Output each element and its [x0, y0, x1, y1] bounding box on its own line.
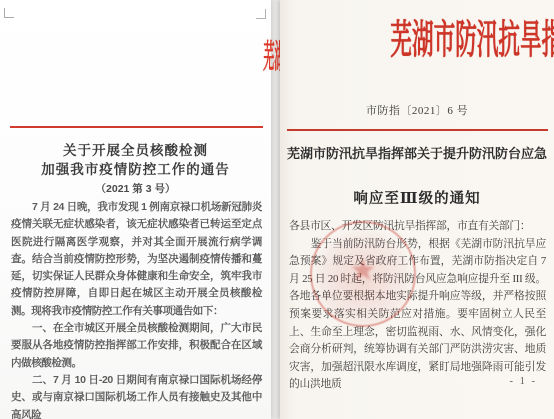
- official-seal-stamp-icon: ★: [310, 221, 416, 327]
- page-number: - 1 -: [510, 376, 538, 387]
- left-doc-title-line2: 加强我市疫情防控工作的通告: [0, 158, 271, 178]
- margin-corner-mark-icon: [4, 8, 14, 18]
- margin-corner-mark-icon: [256, 9, 266, 19]
- left-document-page: 芜湖市新冠肺炎疫情防控暨推进“六稳”工作指挥部文件 关于开展全员核酸检测 加强我…: [0, 0, 271, 419]
- right-doc-number: 市防指〔2021〕6 号: [280, 102, 554, 118]
- left-doc-body: 7 月 24 日晚，我市发现 1 例南京禄口机场新冠肺炎疫情关联无症状感染者，该…: [11, 199, 262, 419]
- right-doc-title-line2: 响应至Ⅲ级的通知: [280, 187, 554, 208]
- seal-star-icon: ★: [312, 253, 414, 288]
- left-doc-paragraph-3: 二、7 月 10 日-20 日期间有南京禄口国际机场经停史、或与南京禄口国际机场…: [11, 372, 262, 419]
- left-doc-paragraph-1: 7 月 24 日晚，我市发现 1 例南京禄口机场新冠肺炎疫情关联无症状感染者，该…: [11, 199, 262, 320]
- right-doc-letterhead-text: 芜湖市防汛抗旱指挥部文件: [390, 17, 554, 63]
- left-doc-red-rule: [10, 126, 263, 128]
- right-document-page: 芜湖市防汛抗旱指挥部文件 市防指〔2021〕6 号 芜湖市防汛抗旱指挥部关于提升…: [280, 0, 554, 419]
- right-doc-title-line1: 芜湖市防汛抗旱指挥部关于提升防汛防台应急: [280, 143, 554, 162]
- left-doc-title-line1: 关于开展全员核酸检测: [0, 139, 271, 159]
- left-doc-paragraph-2: 一、在全市城区开展全员核酸检测期间，广大市民要服从各地疫情防控指挥部工作安排，积…: [11, 320, 262, 372]
- right-doc-red-rule: [287, 129, 548, 131]
- left-doc-number: （2021 第 3 号）: [0, 181, 271, 196]
- documents-collage: 芜湖市新冠肺炎疫情防控暨推进“六稳”工作指挥部文件 关于开展全员核酸检测 加强我…: [0, 0, 554, 419]
- left-doc-letterhead: 芜湖市新冠肺炎疫情防控暨推进“六稳”工作指挥部文件: [0, 31, 271, 77]
- right-doc-letterhead: 芜湖市防汛抗旱指挥部文件: [280, 17, 554, 63]
